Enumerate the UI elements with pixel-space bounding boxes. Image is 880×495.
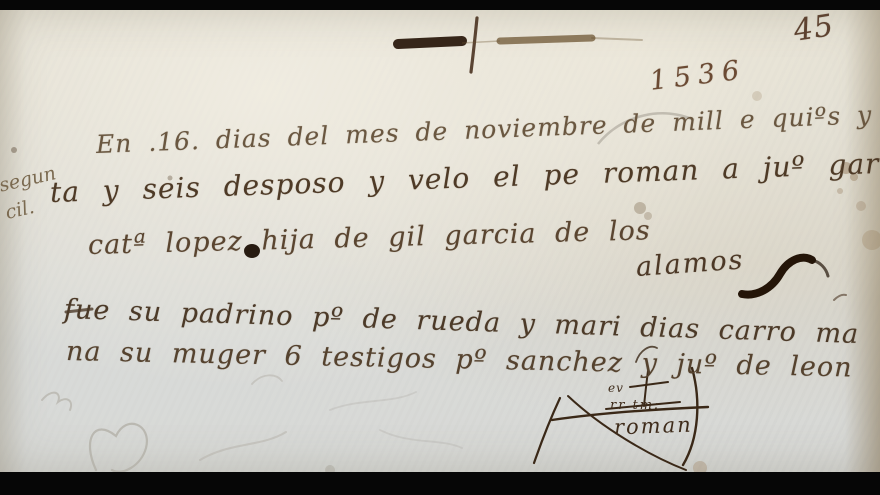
photo-frame: 45 1536 segun cil. En .16. dias del mes … — [0, 0, 880, 495]
folio-number: 45 — [791, 8, 836, 49]
signature-abbreviation-mid: rr tm: — [610, 398, 661, 413]
letterbox-bottom-bar — [0, 472, 880, 495]
signature-name: roman — [614, 413, 693, 440]
signature-abbreviation-top: ev — [608, 381, 624, 395]
letterbox-top-bar — [0, 0, 880, 10]
